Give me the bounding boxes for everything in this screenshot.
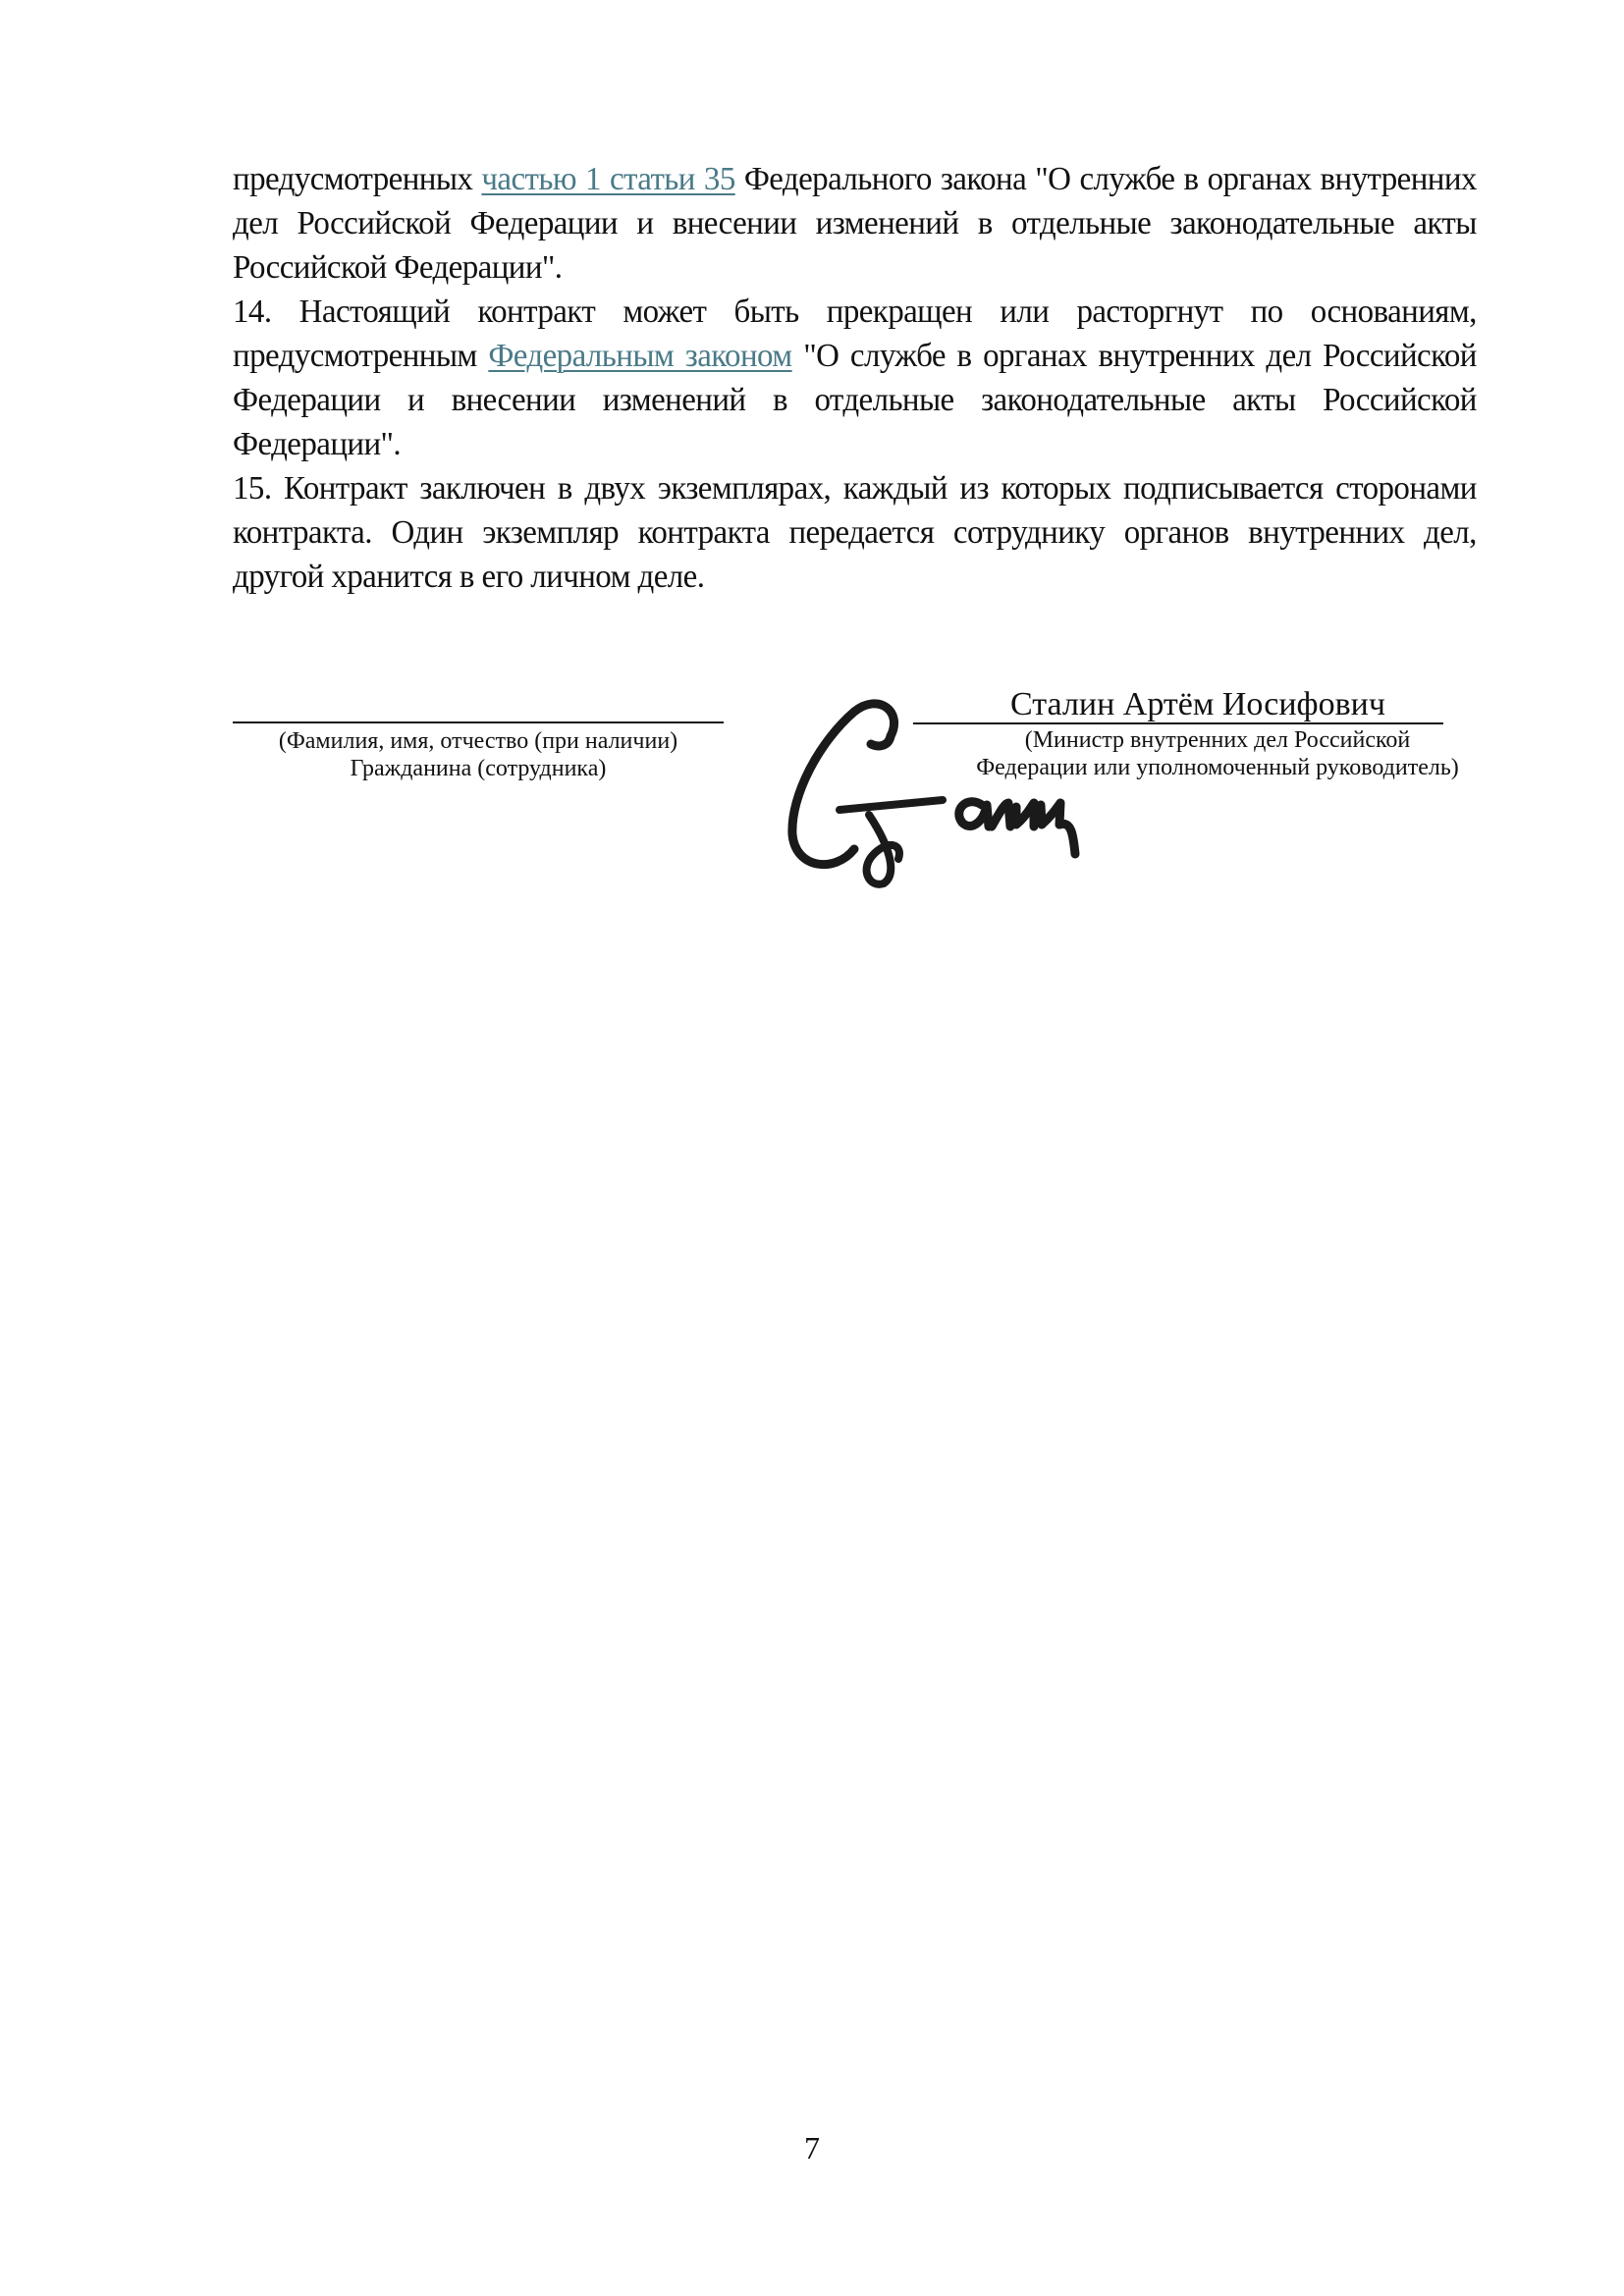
- citizen-signature-line: [233, 721, 724, 723]
- link-part-1-article-35[interactable]: частью 1 статьи 35: [481, 161, 734, 197]
- paragraph-15: 15. Контракт заключен в двух экземплярах…: [233, 466, 1477, 599]
- citizen-signature-block: (Фамилия, имя, отчество (при наличии) Гр…: [233, 721, 724, 782]
- paragraph-13-continuation: предусмотренных частью 1 статьи 35 Федер…: [233, 157, 1477, 290]
- paragraph-14: 14. Настоящий контракт может быть прекра…: [233, 290, 1477, 466]
- contract-body: предусмотренных частью 1 статьи 35 Федер…: [233, 157, 1477, 599]
- document-page: предусмотренных частью 1 статьи 35 Федер…: [0, 0, 1624, 2296]
- citizen-signature-caption: (Фамилия, имя, отчество (при наличии) Гр…: [233, 727, 724, 782]
- page-number: 7: [0, 2130, 1624, 2166]
- handwritten-signature: [781, 687, 1173, 893]
- link-federal-law[interactable]: Федеральным законом: [488, 338, 791, 374]
